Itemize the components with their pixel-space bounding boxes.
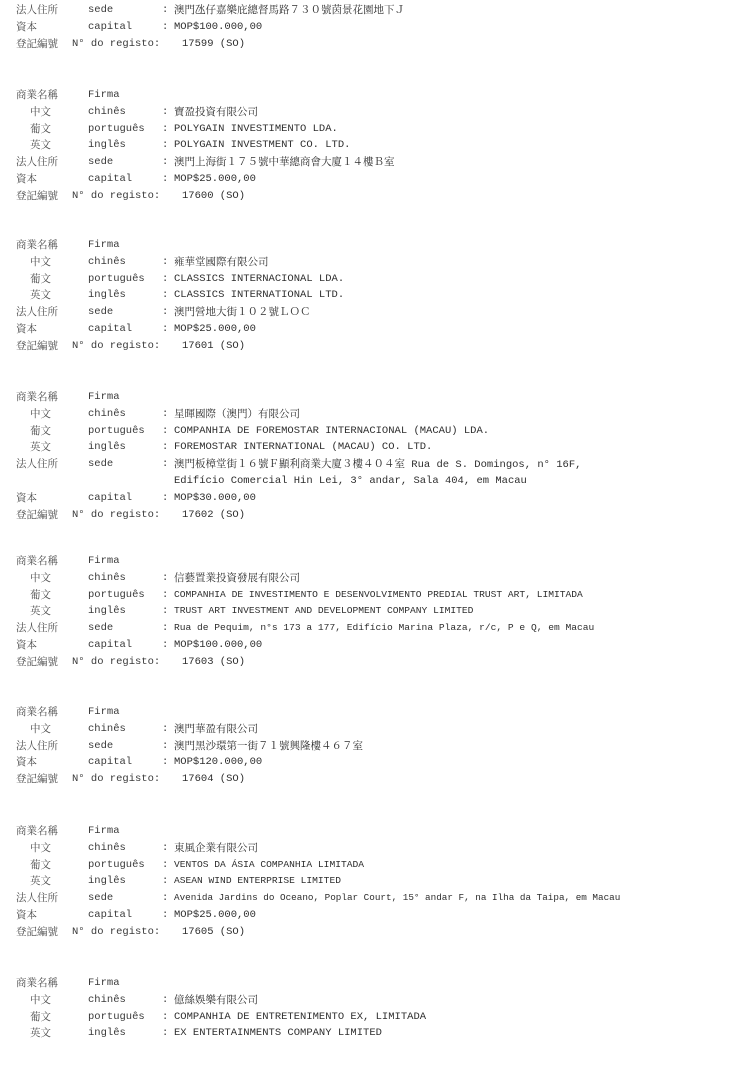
firma-row: 商業名稱 Firma <box>0 823 733 840</box>
portugues-label-zh: 葡文 <box>30 857 51 874</box>
sede-row-continued: Edifício Comercial Hin Lei, 3° andar, Sa… <box>0 473 733 490</box>
capital-label-zh: 資本 <box>16 171 37 188</box>
sede-value-pt-line2: Edifício Comercial Hin Lei, 3° andar, Sa… <box>174 473 527 490</box>
registry-entry-17604: 商業名稱 Firma 中文 chinês : 澳門華盈有限公司 法人住所 sed… <box>0 704 733 788</box>
colon: : <box>162 620 168 637</box>
registo-row: 登記編號 N° do registo: 17604 (SO) <box>0 771 733 788</box>
portugues-label-pt: português <box>88 587 145 604</box>
chines-row: 中文 chinês : 信藝置業投資發展有限公司 <box>0 570 733 587</box>
colon: : <box>162 873 168 890</box>
capital-value: MOP$100.000,00 <box>174 637 262 654</box>
portugues-label-pt: português <box>88 1009 145 1026</box>
portugues-row: 葡文 português : COMPANHIA DE FOREMOSTAR I… <box>0 423 733 440</box>
capital-value: MOP$25.000,00 <box>174 907 256 924</box>
sede-label-pt: sede <box>88 456 113 473</box>
ingles-label-pt: inglês <box>88 873 126 890</box>
portugues-label-pt: português <box>88 857 145 874</box>
ingles-label-pt: inglês <box>88 137 126 154</box>
colon: : <box>162 137 168 154</box>
colon: : <box>162 721 168 738</box>
registo-label-zh: 登記編號 <box>16 924 58 941</box>
capital-label-zh: 資本 <box>16 321 37 338</box>
registo-label-zh: 登記編號 <box>16 771 58 788</box>
registry-entry-17600: 商業名稱 Firma 中文 chinês : 寶盈投資有限公司 葡文 portu… <box>0 87 733 205</box>
registo-row: 登記編號 N° do registo: 17602 (SO) <box>0 507 733 524</box>
firma-label-pt: Firma <box>88 823 120 840</box>
portugues-name-value: POLYGAIN INVESTIMENTO LDA. <box>174 121 338 138</box>
capital-row: 資本 capital : MOP$25.000,00 <box>0 171 733 188</box>
registo-value: 17604 (SO) <box>182 771 245 788</box>
capital-row: 資本 capital : MOP$25.000,00 <box>0 321 733 338</box>
sede-value: Avenida Jardins do Oceano, Poplar Court,… <box>174 890 620 907</box>
ingles-name-value: POLYGAIN INVESTMENT CO. LTD. <box>174 137 350 154</box>
portugues-name-value: CLASSICS INTERNACIONAL LDA. <box>174 271 344 288</box>
capital-row: 資本 capital : MOP$25.000,00 <box>0 907 733 924</box>
chines-label-zh: 中文 <box>30 104 51 121</box>
colon: : <box>162 738 168 755</box>
ingles-label-zh: 英文 <box>30 287 51 304</box>
firma-label-pt: Firma <box>88 553 120 570</box>
firma-label-zh: 商業名稱 <box>16 389 58 406</box>
registo-value: 17600 (SO) <box>182 188 245 205</box>
firma-label-zh: 商業名稱 <box>16 975 58 992</box>
chines-label-pt: chinês <box>88 992 126 1009</box>
colon: : <box>162 423 168 440</box>
firma-row: 商業名稱 Firma <box>0 975 733 992</box>
ingles-row: 英文 inglês : CLASSICS INTERNATIONAL LTD. <box>0 287 733 304</box>
registo-label-pt: N° do registo: <box>72 771 160 788</box>
sede-label-zh: 法人住所 <box>16 738 58 755</box>
capital-label-pt: capital <box>88 19 132 36</box>
colon: : <box>162 2 168 19</box>
ingles-row: 英文 inglês : FOREMOSTAR INTERNATIONAL (MA… <box>0 439 733 456</box>
chines-name-value: 信藝置業投資發展有限公司 <box>174 570 300 587</box>
sede-value-pt-line1: Rua de S. Domingos, n° 16F, <box>405 459 581 471</box>
sede-label-zh: 法人住所 <box>16 304 58 321</box>
ingles-name-value: CLASSICS INTERNATIONAL LTD. <box>174 287 344 304</box>
registo-label-zh: 登記編號 <box>16 36 58 53</box>
colon: : <box>162 154 168 171</box>
sede-label-pt: sede <box>88 2 113 19</box>
sede-label-pt: sede <box>88 620 113 637</box>
registry-entry-partial: 商業名稱 Firma 中文 chinês : 億絲娛樂有限公司 葡文 portu… <box>0 975 733 1042</box>
colon: : <box>162 603 168 620</box>
sede-row: 法人住所 sede : 澳門營地大街１０２號ＬＯＣ <box>0 304 733 321</box>
sede-row: 法人住所 sede : 澳門板樟堂街１６號Ｆ顯利商業大廈３樓４０４室 Rua d… <box>0 456 733 473</box>
chines-label-pt: chinês <box>88 721 126 738</box>
sede-value: 澳門黑沙環第一街７１號興隆樓４６７室 <box>174 738 363 755</box>
chines-label-pt: chinês <box>88 570 126 587</box>
ingles-label-zh: 英文 <box>30 873 51 890</box>
ingles-name-value: TRUST ART INVESTMENT AND DEVELOPMENT COM… <box>174 603 473 620</box>
ingles-row: 英文 inglês : POLYGAIN INVESTMENT CO. LTD. <box>0 137 733 154</box>
portugues-name-value: COMPANHIA DE FOREMOSTAR INTERNACIONAL (M… <box>174 423 489 440</box>
registo-label-pt: N° do registo: <box>72 338 160 355</box>
sede-label-zh: 法人住所 <box>16 2 58 19</box>
capital-label-pt: capital <box>88 171 132 188</box>
portugues-label-zh: 葡文 <box>30 587 51 604</box>
ingles-label-pt: inglês <box>88 603 126 620</box>
capital-value: MOP$25.000,00 <box>174 171 256 188</box>
sede-row: 法人住所 sede : Avenida Jardins do Oceano, P… <box>0 890 733 907</box>
capital-label-zh: 資本 <box>16 637 37 654</box>
sede-label-pt: sede <box>88 738 113 755</box>
sede-row: 法人住所 sede : 澳門上海街１７５號中華總商會大廈１４樓Ｂ室 <box>0 154 733 171</box>
colon: : <box>162 570 168 587</box>
capital-label-zh: 資本 <box>16 19 37 36</box>
capital-value: MOP$120.000,00 <box>174 754 262 771</box>
firma-row: 商業名稱 Firma <box>0 87 733 104</box>
colon: : <box>162 637 168 654</box>
ingles-label-pt: inglês <box>88 1025 126 1042</box>
portugues-row: 葡文 português : POLYGAIN INVESTIMENTO LDA… <box>0 121 733 138</box>
portugues-name-value: COMPANHIA DE ENTRETENIMENTO EX, LIMITADA <box>174 1009 426 1026</box>
chines-row: 中文 chinês : 億絲娛樂有限公司 <box>0 992 733 1009</box>
ingles-label-zh: 英文 <box>30 1025 51 1042</box>
registo-label-pt: N° do registo: <box>72 654 160 671</box>
capital-label-pt: capital <box>88 754 132 771</box>
chines-label-zh: 中文 <box>30 406 51 423</box>
sede-label-zh: 法人住所 <box>16 620 58 637</box>
registo-label-pt: N° do registo: <box>72 188 160 205</box>
registo-value: 17603 (SO) <box>182 654 245 671</box>
colon: : <box>162 321 168 338</box>
colon: : <box>162 754 168 771</box>
portugues-row: 葡文 português : VENTOS DA ÁSIA COMPANHIA … <box>0 857 733 874</box>
colon: : <box>162 1025 168 1042</box>
portugues-row: 葡文 português : COMPANHIA DE INVESTIMENTO… <box>0 587 733 604</box>
registo-label-pt: N° do registo: <box>72 507 160 524</box>
portugues-row: 葡文 português : CLASSICS INTERNACIONAL LD… <box>0 271 733 288</box>
capital-label-pt: capital <box>88 321 132 338</box>
registo-value: 17599 (SO) <box>182 36 245 53</box>
registo-value: 17605 (SO) <box>182 924 245 941</box>
registry-entry-17599: 法人住所 sede : 澳門氹仔嘉樂庇總督馬路７３０號茵景花園地下Ｊ 資本 ca… <box>0 2 733 52</box>
ingles-label-zh: 英文 <box>30 137 51 154</box>
colon: : <box>162 271 168 288</box>
chines-row: 中文 chinês : 星暉國際（澳門）有限公司 <box>0 406 733 423</box>
registo-label-zh: 登記編號 <box>16 188 58 205</box>
firma-row: 商業名稱 Firma <box>0 553 733 570</box>
colon: : <box>162 456 168 473</box>
sede-value: 澳門營地大街１０２號ＬＯＣ <box>174 304 311 321</box>
colon: : <box>162 587 168 604</box>
colon: : <box>162 19 168 36</box>
chines-name-value: 星暉國際（澳門）有限公司 <box>174 406 300 423</box>
ingles-label-zh: 英文 <box>30 603 51 620</box>
sede-value: 澳門氹仔嘉樂庇總督馬路７３０號茵景花園地下Ｊ <box>174 2 405 19</box>
sede-label-zh: 法人住所 <box>16 456 58 473</box>
portugues-label-zh: 葡文 <box>30 121 51 138</box>
capital-label-pt: capital <box>88 490 132 507</box>
registo-row: 登記編號 N° do registo: 17603 (SO) <box>0 654 733 671</box>
ingles-name-value: FOREMOSTAR INTERNATIONAL (MACAU) CO. LTD… <box>174 439 432 456</box>
chines-row: 中文 chinês : 東風企業有限公司 <box>0 840 733 857</box>
chines-label-pt: chinês <box>88 254 126 271</box>
registo-value: 17601 (SO) <box>182 338 245 355</box>
portugues-row: 葡文 português : COMPANHIA DE ENTRETENIMEN… <box>0 1009 733 1026</box>
colon: : <box>162 171 168 188</box>
colon: : <box>162 121 168 138</box>
sede-value: Rua de Pequim, n°s 173 a 177, Edifício M… <box>174 620 594 637</box>
colon: : <box>162 254 168 271</box>
chines-label-zh: 中文 <box>30 721 51 738</box>
firma-label-pt: Firma <box>88 389 120 406</box>
registo-label-zh: 登記編號 <box>16 654 58 671</box>
chines-name-value: 澳門華盈有限公司 <box>174 721 258 738</box>
chines-name-value: 東風企業有限公司 <box>174 840 258 857</box>
registo-row: 登記編號 N° do registo: 17601 (SO) <box>0 338 733 355</box>
colon: : <box>162 840 168 857</box>
chines-label-zh: 中文 <box>30 992 51 1009</box>
capital-label-pt: capital <box>88 907 132 924</box>
firma-row: 商業名稱 Firma <box>0 237 733 254</box>
firma-label-pt: Firma <box>88 704 120 721</box>
colon: : <box>162 992 168 1009</box>
portugues-label-pt: português <box>88 271 145 288</box>
registo-label-zh: 登記編號 <box>16 507 58 524</box>
sede-row: 法人住所 sede : 澳門黑沙環第一街７１號興隆樓４６７室 <box>0 738 733 755</box>
capital-label-pt: capital <box>88 637 132 654</box>
chines-name-value: 億絲娛樂有限公司 <box>174 992 258 1009</box>
ingles-label-pt: inglês <box>88 439 126 456</box>
firma-label-pt: Firma <box>88 237 120 254</box>
ingles-row: 英文 inglês : TRUST ART INVESTMENT AND DEV… <box>0 603 733 620</box>
portugues-name-value: COMPANHIA DE INVESTIMENTO E DESENVOLVIME… <box>174 587 583 604</box>
colon: : <box>162 104 168 121</box>
portugues-label-zh: 葡文 <box>30 423 51 440</box>
colon: : <box>162 287 168 304</box>
colon: : <box>162 890 168 907</box>
portugues-label-zh: 葡文 <box>30 1009 51 1026</box>
capital-label-zh: 資本 <box>16 907 37 924</box>
capital-row: 資本 capital : MOP$30.000,00 <box>0 490 733 507</box>
colon: : <box>162 907 168 924</box>
sede-label-zh: 法人住所 <box>16 890 58 907</box>
sede-value: 澳門上海街１７５號中華總商會大廈１４樓Ｂ室 <box>174 154 395 171</box>
capital-row: 資本 capital : MOP$100.000,00 <box>0 637 733 654</box>
chines-label-zh: 中文 <box>30 840 51 857</box>
firma-label-zh: 商業名稱 <box>16 823 58 840</box>
sede-label-pt: sede <box>88 154 113 171</box>
capital-label-zh: 資本 <box>16 754 37 771</box>
firma-label-pt: Firma <box>88 87 120 104</box>
colon: : <box>162 406 168 423</box>
chines-row: 中文 chinês : 寶盈投資有限公司 <box>0 104 733 121</box>
registo-label-pt: N° do registo: <box>72 924 160 941</box>
registry-entry-17605: 商業名稱 Firma 中文 chinês : 東風企業有限公司 葡文 portu… <box>0 823 733 941</box>
firma-label-zh: 商業名稱 <box>16 237 58 254</box>
chines-label-zh: 中文 <box>30 254 51 271</box>
firma-row: 商業名稱 Firma <box>0 389 733 406</box>
chines-label-pt: chinês <box>88 406 126 423</box>
colon: : <box>162 439 168 456</box>
registo-value: 17602 (SO) <box>182 507 245 524</box>
ingles-label-zh: 英文 <box>30 439 51 456</box>
registo-label-pt: N° do registo: <box>72 36 160 53</box>
registry-entry-17601: 商業名稱 Firma 中文 chinês : 雍華堂國際有限公司 葡文 port… <box>0 237 733 355</box>
chines-label-pt: chinês <box>88 104 126 121</box>
sede-value: 澳門板樟堂街１６號Ｆ顯利商業大廈３樓４０４室 Rua de S. Domingo… <box>174 456 581 474</box>
firma-label-zh: 商業名稱 <box>16 87 58 104</box>
colon: : <box>162 1009 168 1026</box>
colon: : <box>162 304 168 321</box>
sede-label-pt: sede <box>88 890 113 907</box>
chines-row: 中文 chinês : 雍華堂國際有限公司 <box>0 254 733 271</box>
capital-value: MOP$100.000,00 <box>174 19 262 36</box>
capital-row: 資本 capital : MOP$100.000,00 <box>0 19 733 36</box>
chines-name-value: 寶盈投資有限公司 <box>174 104 258 121</box>
registo-row: 登記編號 N° do registo: 17600 (SO) <box>0 188 733 205</box>
portugues-label-pt: português <box>88 423 145 440</box>
capital-value: MOP$30.000,00 <box>174 490 256 507</box>
colon: : <box>162 490 168 507</box>
registry-entry-17603: 商業名稱 Firma 中文 chinês : 信藝置業投資發展有限公司 葡文 p… <box>0 553 733 671</box>
colon: : <box>162 857 168 874</box>
registry-entry-17602: 商業名稱 Firma 中文 chinês : 星暉國際（澳門）有限公司 葡文 p… <box>0 389 733 523</box>
sede-value-zh: 澳門板樟堂街１６號Ｆ顯利商業大廈３樓４０４室 <box>174 458 405 470</box>
firma-label-zh: 商業名稱 <box>16 553 58 570</box>
firma-row: 商業名稱 Firma <box>0 704 733 721</box>
portugues-name-value: VENTOS DA ÁSIA COMPANHIA LIMITADA <box>174 857 364 874</box>
sede-label-pt: sede <box>88 304 113 321</box>
ingles-name-value: ASEAN WIND ENTERPRISE LIMITED <box>174 873 341 890</box>
capital-value: MOP$25.000,00 <box>174 321 256 338</box>
portugues-label-zh: 葡文 <box>30 271 51 288</box>
chines-label-pt: chinês <box>88 840 126 857</box>
ingles-name-value: EX ENTERTAINMENTS COMPANY LIMITED <box>174 1025 382 1042</box>
chines-name-value: 雍華堂國際有限公司 <box>174 254 269 271</box>
firma-label-zh: 商業名稱 <box>16 704 58 721</box>
capital-row: 資本 capital : MOP$120.000,00 <box>0 754 733 771</box>
registo-row: 登記編號 N° do registo: 17605 (SO) <box>0 924 733 941</box>
ingles-row: 英文 inglês : EX ENTERTAINMENTS COMPANY LI… <box>0 1025 733 1042</box>
chines-label-zh: 中文 <box>30 570 51 587</box>
sede-label-zh: 法人住所 <box>16 154 58 171</box>
ingles-label-pt: inglês <box>88 287 126 304</box>
registo-label-zh: 登記編號 <box>16 338 58 355</box>
registry-page: 法人住所 sede : 澳門氹仔嘉樂庇總督馬路７３０號茵景花園地下Ｊ 資本 ca… <box>0 0 733 1075</box>
registo-row: 登記編號 N° do registo: 17599 (SO) <box>0 36 733 53</box>
ingles-row: 英文 inglês : ASEAN WIND ENTERPRISE LIMITE… <box>0 873 733 890</box>
sede-row: 法人住所 sede : Rua de Pequim, n°s 173 a 177… <box>0 620 733 637</box>
capital-label-zh: 資本 <box>16 490 37 507</box>
sede-row: 法人住所 sede : 澳門氹仔嘉樂庇總督馬路７３０號茵景花園地下Ｊ <box>0 2 733 19</box>
firma-label-pt: Firma <box>88 975 120 992</box>
chines-row: 中文 chinês : 澳門華盈有限公司 <box>0 721 733 738</box>
portugues-label-pt: português <box>88 121 145 138</box>
